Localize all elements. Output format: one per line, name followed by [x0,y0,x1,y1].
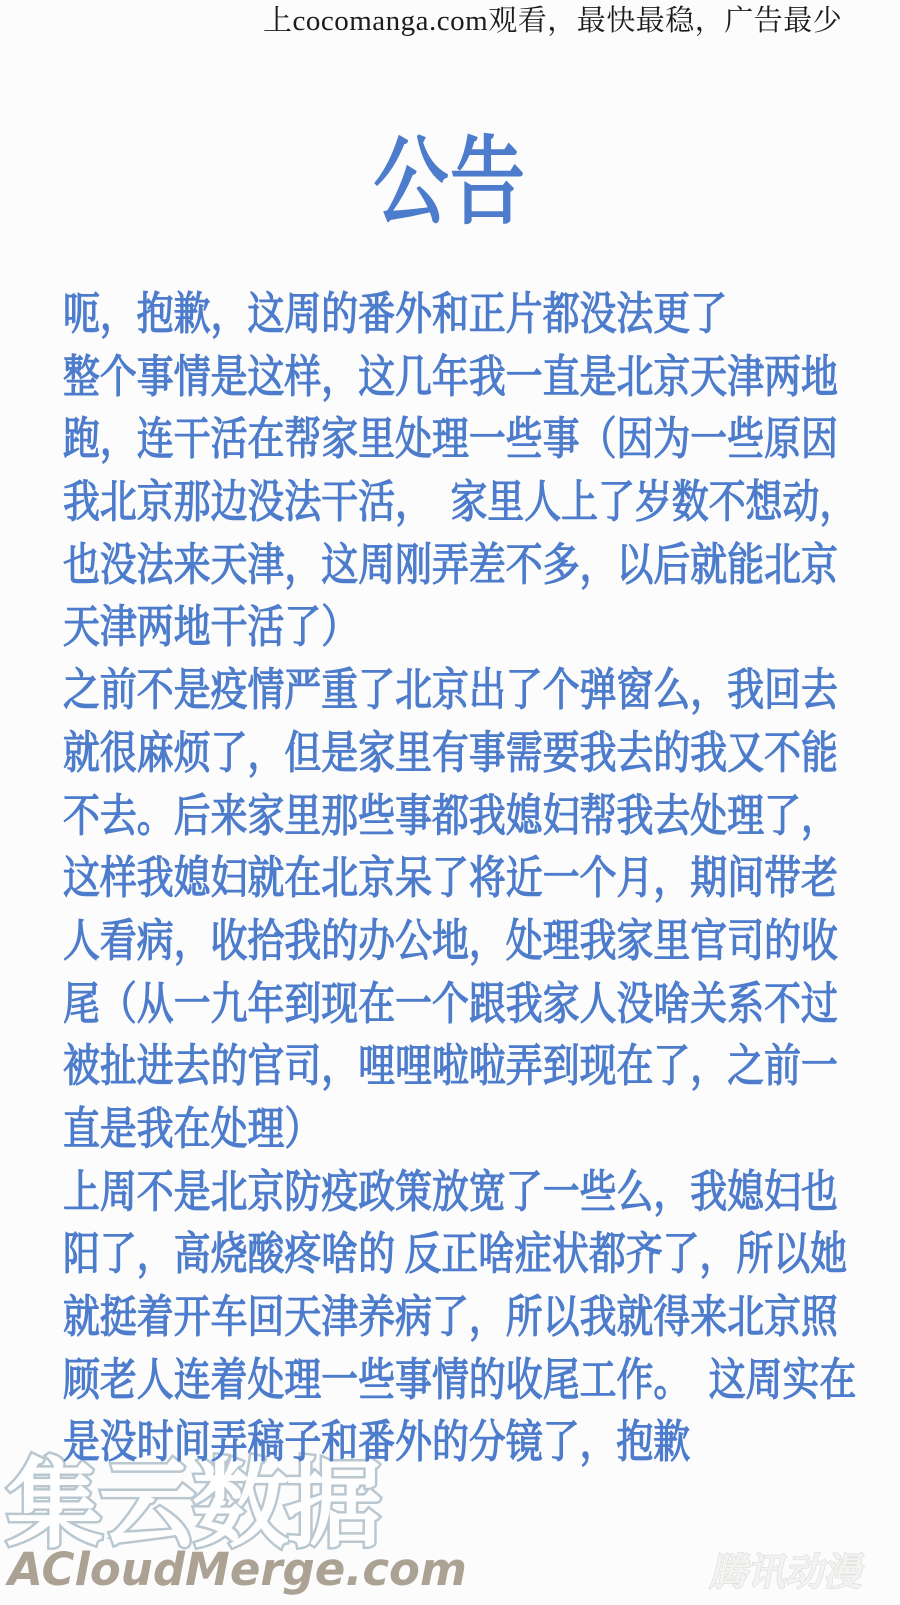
watermark-tencent-comics: 腾讯动漫 [707,1550,868,1594]
announcement-line: 就挺着开车回天津养病了，所以我就得来北京照 [63,1286,719,1349]
announcement-line: 尾（从一九年到现在一个跟我家人没啥关系不过 [63,973,719,1036]
announcement-line: 上周不是北京防疫政策放宽了一些么，我媳妇也 [63,1161,719,1224]
page-title: 公告 [374,133,527,233]
announcement-line: 就很麻烦了，但是家里有事需要我去的我又不能 [63,722,719,785]
announcement-line: 不去。后来家里那些事都我媳妇帮我去处理了， [63,785,719,848]
announcement-line: 也没法来天津，这周刚弄差不多，以后就能北京 [63,534,719,597]
announcement-line: 是没时间弄稿子和番外的分镜了，抱歉 [63,1411,719,1474]
announcement-line: 直是我在处理） [63,1098,719,1161]
announcement-line: 跑，连干活在帮家里处理一些事（因为一些原因 [63,408,719,471]
site-ad-notice: 上cocomanga.com观看，最快最稳，广告最少 [263,5,842,37]
announcement-line: 这样我媳妇就在北京呆了将近一个月，期间带老 [63,847,719,910]
announcement-line: 我北京那边没法干活， 家里人上了岁数不想动， [63,471,719,534]
page-title-wrap: 公告 [0,133,900,233]
announcement-page: 上cocomanga.com观看，最快最稳，广告最少 公告 呃，抱歉，这周的番外… [0,0,900,1605]
announcement-line: 阳了，高烧酸疼啥的 反正啥症状都齐了，所以她 [63,1223,719,1286]
announcement-line: 整个事情是这样，这几年我一直是北京天津两地 [63,346,719,409]
announcement-line: 呃，抱歉，这周的番外和正片都没法更了 [63,283,719,346]
announcement-line: 人看病，收拾我的办公地，处理我家里官司的收 [63,910,719,973]
announcement-line: 顾老人连着处理一些事情的收尾工作。 这周实在 [63,1349,719,1412]
announcement-line: 天津两地干活了） [63,596,719,659]
announcement-line: 之前不是疫情严重了北京出了个弹窗么，我回去 [63,659,719,722]
announcement-body: 呃，抱歉，这周的番外和正片都没法更了整个事情是这样，这几年我一直是北京天津两地跑… [63,283,863,1474]
watermark-acloud-site: ACloudMerge.com [8,1546,467,1594]
announcement-line: 被扯进去的官司，哩哩啦啦弄到现在了，之前一 [63,1035,719,1098]
